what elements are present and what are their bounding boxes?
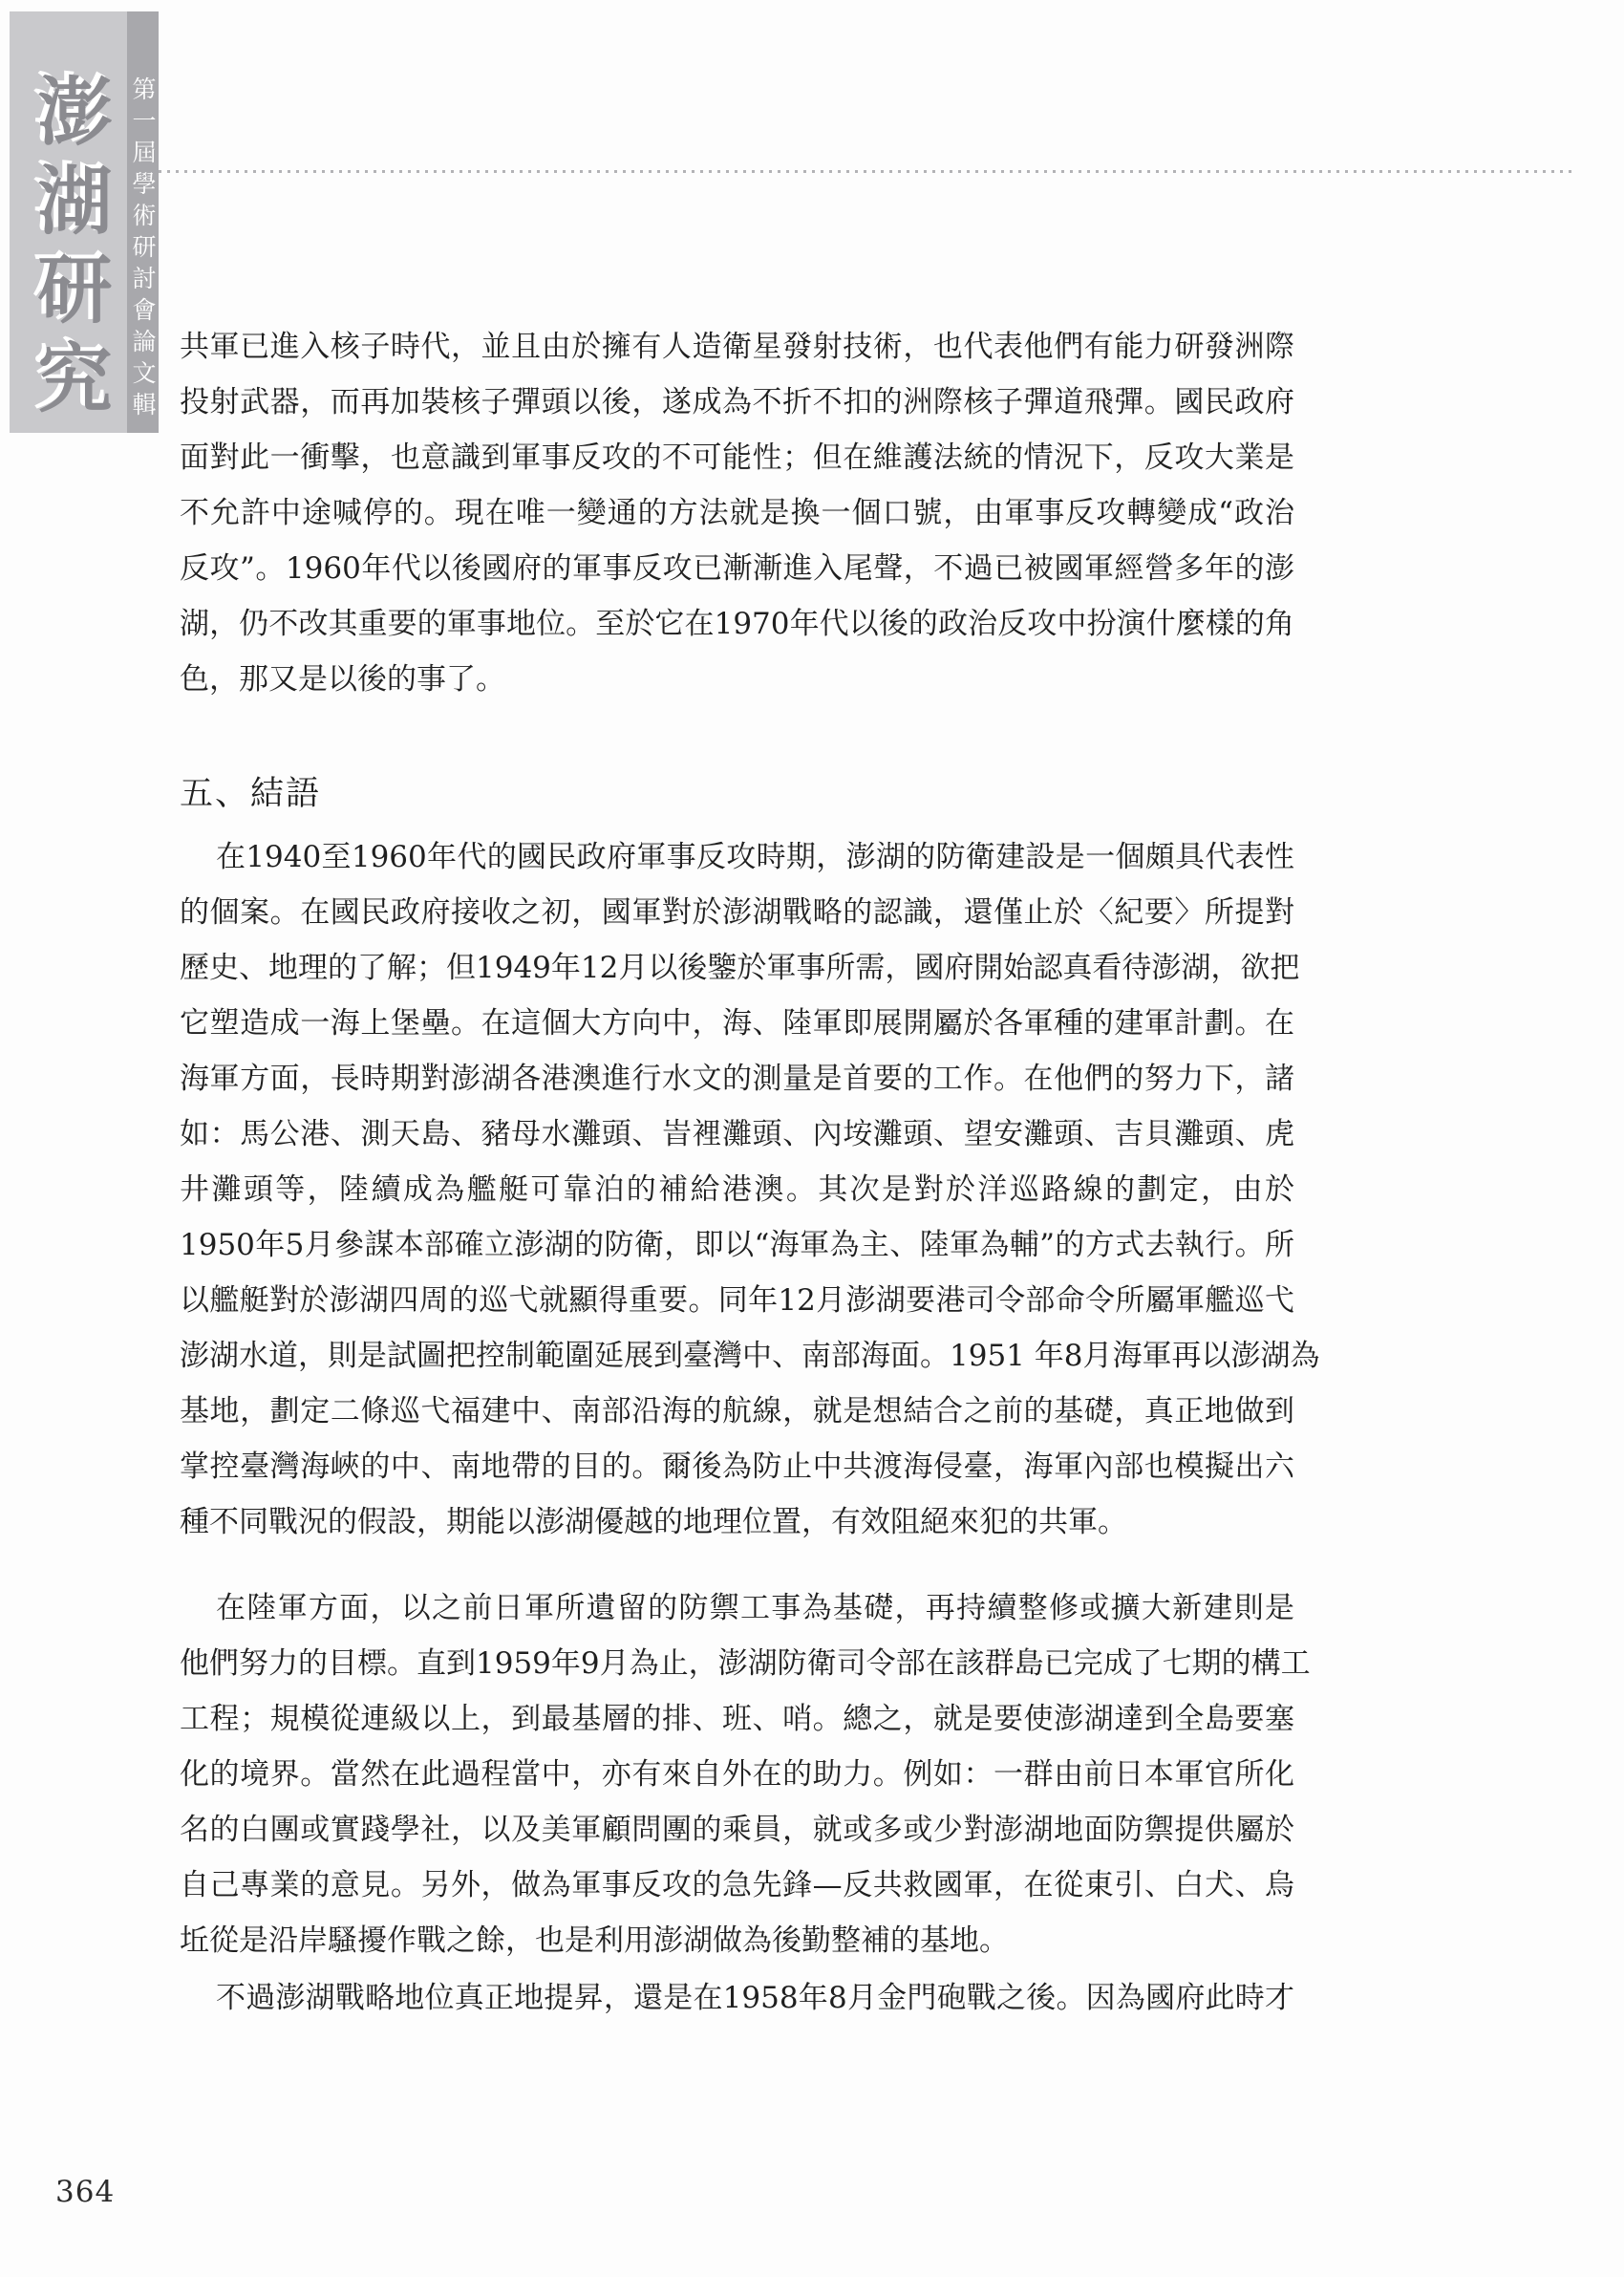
text-line: 如：馬公港、測天島、豬母水灘頭、峕裡灘頭、內垵灘頭、望安灘頭、吉貝灘頭、虎 bbox=[180, 1106, 1294, 1162]
paragraph: 共軍已進入核子時代，並且由於擁有人造衛星發射技術，也代表他們有能力研發洲際投射武… bbox=[180, 319, 1294, 707]
text-line: 名的白團或實踐學社，以及美軍顧問團的乘員，就或多或少對澎湖地面防禦提供屬於 bbox=[180, 1802, 1294, 1858]
text-line: 色，那又是以後的事了。 bbox=[180, 652, 1294, 707]
text-column: 共軍已進入核子時代，並且由於擁有人造衛星發射技術，也代表他們有能力研發洲際投射武… bbox=[180, 319, 1294, 2026]
document-page: 澎湖研究 第一屆學術研討會論文輯 共軍已進入核子時代，並且由於擁有人造衛星發射技… bbox=[0, 0, 1624, 2277]
text-line: 坵從是沿岸騷擾作戰之餘，也是利用澎湖做為後勤整補的基地。 bbox=[180, 1913, 1294, 1968]
text-line: 的個案。在國民政府接收之初，國軍對於澎湖戰略的認識，還僅止於〈紀要〉所提對 bbox=[180, 885, 1294, 940]
sidebar-subtitle-strip: 第一屆學術研討會論文輯 bbox=[127, 11, 159, 433]
text-line: 1950年5月參謀本部確立澎湖的防衛，即以“海軍為主、陸軍為輔”的方式去執行。所 bbox=[180, 1217, 1294, 1273]
text-line: 工程；規模從連級以上，到最基層的排、班、哨。總之，就是要使澎湖達到全島要塞 bbox=[180, 1691, 1294, 1747]
text-line: 海軍方面，長時期對澎湖各港澳進行水文的測量是首要的工作。在他們的努力下，諸 bbox=[180, 1051, 1294, 1106]
text-line: 湖，仍不改其重要的軍事地位。至於它在1970年代以後的政治反攻中扮演什麼樣的角 bbox=[180, 596, 1294, 652]
series-subtitle-vertical: 第一屆學術研討會論文輯 bbox=[131, 76, 155, 433]
text-line: 不允許中途喊停的。現在唯一變通的方法就是換一個口號，由軍事反攻轉變成“政治 bbox=[180, 485, 1294, 541]
paragraph: 在陸軍方面，以之前日軍所遺留的防禦工事為基礎，再持續整修或擴大新建則是他們努力的… bbox=[180, 1580, 1294, 1968]
text-line: 井灘頭等，陸續成為艦艇可靠泊的補給港澳。其次是對於洋巡路線的劃定，由於 bbox=[180, 1162, 1294, 1217]
text-line: 以艦艇對於澎湖四周的巡弋就顯得重要。同年12月澎湖要港司令部命令所屬軍艦巡弋 bbox=[180, 1273, 1294, 1328]
dotted-divider bbox=[159, 170, 1571, 173]
paragraph: 不過澎湖戰略地位真正地提昇，還是在1958年8月金門砲戰之後。因為國府此時才 bbox=[180, 1970, 1294, 2026]
text-line: 在1940至1960年代的國民政府軍事反攻時期，澎湖的防衛建設是一個頗具代表性 bbox=[180, 829, 1294, 885]
text-line: 化的境界。當然在此過程當中，亦有來自外在的助力。例如：一群由前日本軍官所化 bbox=[180, 1747, 1294, 1802]
page-number: 364 bbox=[55, 2175, 115, 2209]
text-line: 不過澎湖戰略地位真正地提昇，還是在1958年8月金門砲戰之後。因為國府此時才 bbox=[180, 1970, 1294, 2026]
text-line: 它塑造成一海上堡壘。在這個大方向中，海、陸軍即展開屬於各軍種的建軍計劃。在 bbox=[180, 996, 1294, 1051]
text-line: 澎湖水道，則是試圖把控制範圍延展到臺灣中、南部海面。1951 年8月海軍再以澎湖… bbox=[180, 1328, 1294, 1384]
text-line: 投射武器，而再加裝核子彈頭以後，遂成為不折不扣的洲際核子彈道飛彈。國民政府 bbox=[180, 375, 1294, 430]
text-line: 反攻”。1960年代以後國府的軍事反攻已漸漸進入尾聲，不過已被國軍經營多年的澎 bbox=[180, 541, 1294, 596]
text-line: 掌控臺灣海峽的中、南地帶的目的。爾後為防止中共渡海侵臺，海軍內部也模擬出六 bbox=[180, 1439, 1294, 1494]
paragraph: 在1940至1960年代的國民政府軍事反攻時期，澎湖的防衛建設是一個頗具代表性的… bbox=[180, 829, 1294, 1550]
text-line: 他們努力的目標。直到1959年9月為止，澎湖防衛司令部在該群島已完成了七期的構工 bbox=[180, 1636, 1294, 1691]
text-line: 歷史、地理的了解；但1949年12月以後鑒於軍事所需，國府開始認真看待澎湖，欲把 bbox=[180, 940, 1294, 996]
text-line: 種不同戰況的假設，期能以澎湖優越的地理位置，有效阻絕來犯的共軍。 bbox=[180, 1494, 1294, 1550]
series-title-vertical: 澎湖研究 bbox=[32, 73, 106, 433]
text-line: 共軍已進入核子時代，並且由於擁有人造衛星發射技術，也代表他們有能力研發洲際 bbox=[180, 319, 1294, 375]
text-line: 在陸軍方面，以之前日軍所遺留的防禦工事為基礎，再持續整修或擴大新建則是 bbox=[180, 1580, 1294, 1636]
text-line: 面對此一衝擊，也意識到軍事反攻的不可能性；但在維護法統的情況下，反攻大業是 bbox=[180, 430, 1294, 485]
section-heading: 五、結語 bbox=[180, 770, 1294, 818]
text-line: 基地，劃定二條巡弋福建中、南部沿海的航線，就是想結合之前的基礎，真正地做到 bbox=[180, 1384, 1294, 1439]
text-line: 自己專業的意見。另外，做為軍事反攻的急先鋒—反共救國軍，在從東引、白犬、烏 bbox=[180, 1858, 1294, 1913]
sidebar-banner: 澎湖研究 bbox=[10, 11, 127, 433]
